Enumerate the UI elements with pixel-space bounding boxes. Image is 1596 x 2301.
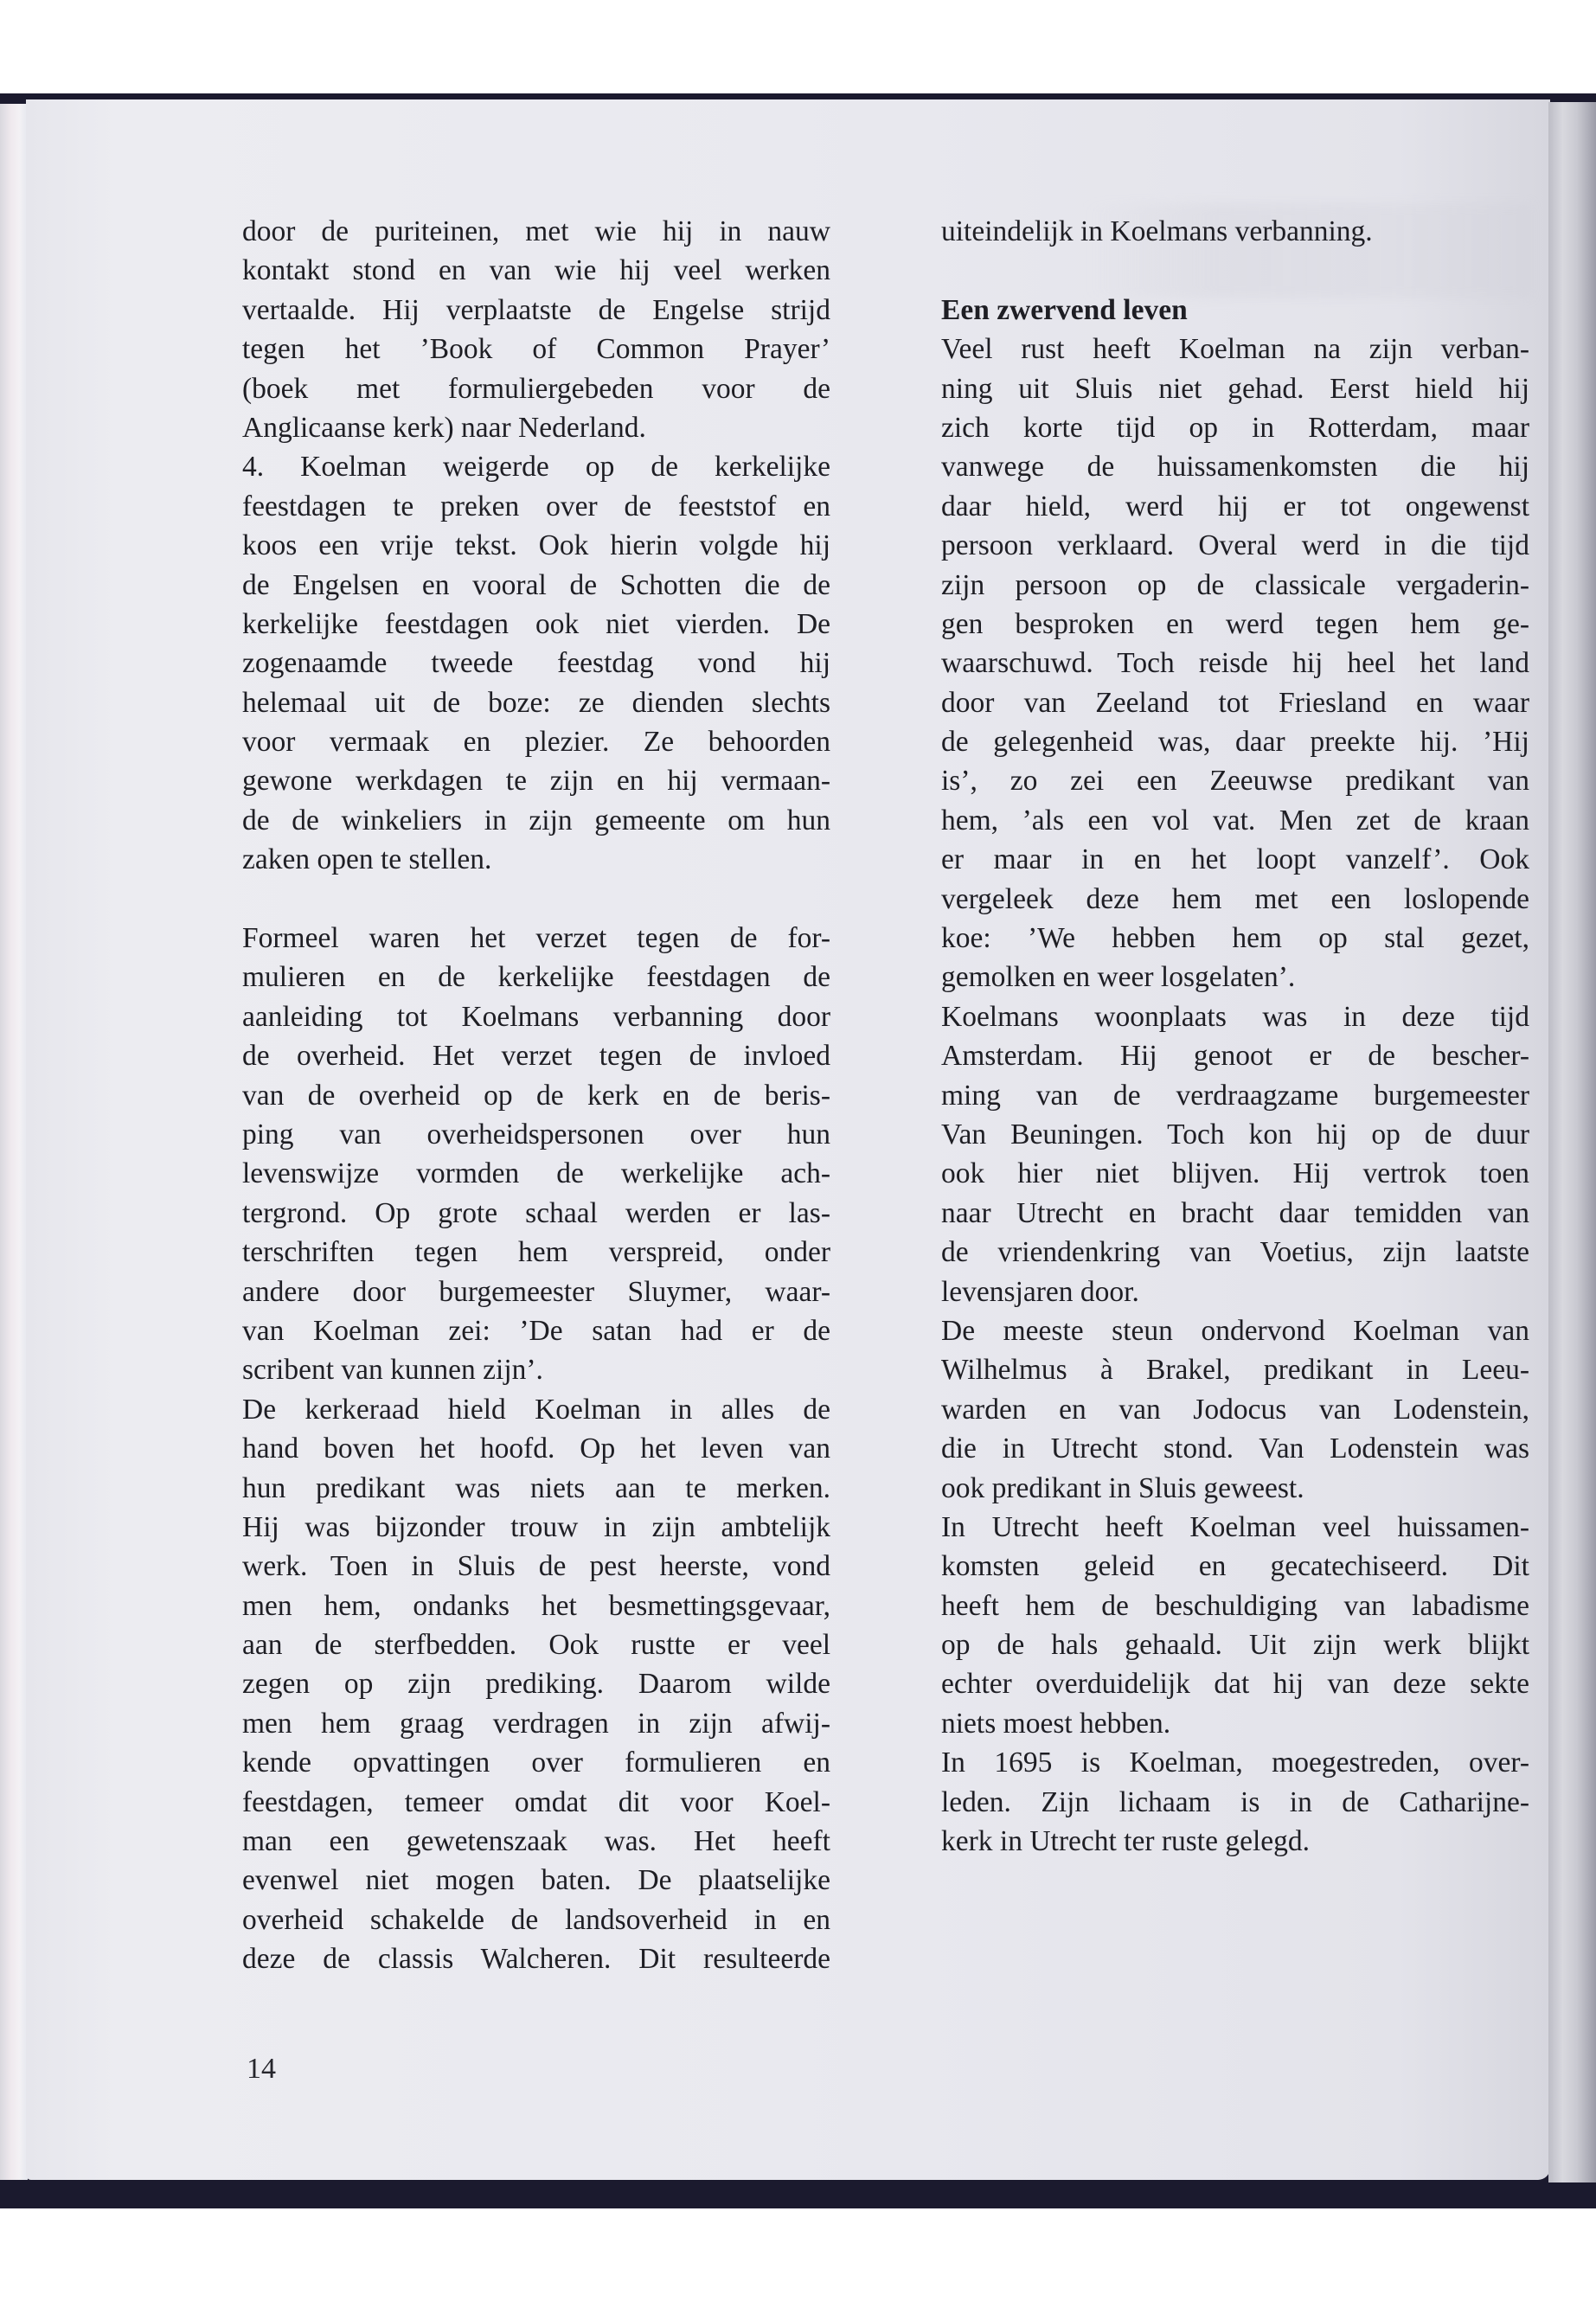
- right-text-column: uiteindelijk in Koelmans verbanning. Een…: [941, 212, 1529, 1861]
- text-line: De kerkeraad hield Koelman in alles de: [242, 1390, 830, 1429]
- text-line: zijn persoon op de classicale vergaderin…: [941, 566, 1529, 605]
- text-line: ming van de verdraagzame burgemeester: [941, 1076, 1529, 1115]
- text-line: er maar in en het loopt vanzelf’. Ook: [941, 840, 1529, 879]
- text-line: vanwege de huissamenkomsten die hij: [941, 447, 1529, 486]
- text-line: ping van overheidspersonen over hun: [242, 1115, 830, 1154]
- text-line: Amsterdam. Hij genoot er de bescher-: [941, 1036, 1529, 1075]
- text-line: voor vermaak en plezier. Ze behoorden: [242, 722, 830, 761]
- text-line: de de winkeliers in zijn gemeente om hun: [242, 801, 830, 840]
- text-line: kontakt stond en van wie hij veel werken: [242, 251, 830, 290]
- text-line: hun predikant was niets aan te merken.: [242, 1469, 830, 1508]
- text-line: hem, ’als een vol vat. Men zet de kraan: [941, 801, 1529, 840]
- text-line: leden. Zijn lichaam is in de Catharijne-: [941, 1783, 1529, 1822]
- text-line: feestdagen te preken over de feeststof e…: [242, 487, 830, 526]
- text-line: terschriften tegen hem verspreid, onder: [242, 1233, 830, 1272]
- paragraph-gap: [242, 880, 830, 919]
- text-line: niets moest hebben.: [941, 1704, 1529, 1743]
- text-line: zaken open te stellen.: [242, 840, 830, 879]
- text-line: van de overheid op de kerk en de beris-: [242, 1076, 830, 1115]
- text-line: De meeste steun ondervond Koelman van: [941, 1311, 1529, 1350]
- text-line: koe: ’We hebben hem op stal gezet,: [941, 919, 1529, 958]
- text-line: vertaalde. Hij verplaatste de Engelse st…: [242, 291, 830, 330]
- text-line: deze de classis Walcheren. Dit resulteer…: [242, 1939, 830, 1978]
- text-line: man een gewetenszaak was. Het heeft: [242, 1822, 830, 1861]
- text-line: naar Utrecht en bracht daar temidden van: [941, 1194, 1529, 1233]
- text-line: hand boven het hoofd. Op het leven van: [242, 1429, 830, 1468]
- right-page-edge: [1548, 102, 1596, 2182]
- text-line: kerk in Utrecht ter ruste gelegd.: [941, 1822, 1529, 1861]
- text-line: levensjaren door.: [941, 1272, 1529, 1311]
- text-line: zegen op zijn prediking. Daarom wilde: [242, 1664, 830, 1703]
- text-line: Koelmans woonplaats was in deze tijd: [941, 997, 1529, 1036]
- text-line: (boek met formuliergebeden voor de: [242, 369, 830, 408]
- section-heading: Een zwervend leven: [941, 291, 1529, 330]
- left-page-edge: [0, 104, 28, 2180]
- text-line: de Engelsen en vooral de Schotten die de: [242, 566, 830, 605]
- paragraph-gap: [941, 251, 1529, 290]
- text-line: zich korte tijd op in Rotterdam, maar: [941, 408, 1529, 447]
- text-line: scribent van kunnen zijn’.: [242, 1350, 830, 1389]
- text-line: Veel rust heeft Koelman na zijn verban-: [941, 330, 1529, 369]
- text-line: heeft hem de beschuldiging van labadisme: [941, 1586, 1529, 1625]
- text-line: kende opvattingen over formulieren en: [242, 1743, 830, 1782]
- text-line: door van Zeeland tot Friesland en waar: [941, 683, 1529, 722]
- text-line: Van Beuningen. Toch kon hij op de duur: [941, 1115, 1529, 1154]
- text-line: levenswijze vormden de werkelijke ach-: [242, 1154, 830, 1193]
- text-line: andere door burgemeester Sluymer, waar-: [242, 1272, 830, 1311]
- text-line: 4. Koelman weigerde op de kerkelijke: [242, 447, 830, 486]
- text-line: is’, zo zei een Zeeuwse predikant van: [941, 761, 1529, 800]
- text-line: mulieren en de kerkelijke feestdagen de: [242, 958, 830, 997]
- text-line: tergrond. Op grote schaal werden er las-: [242, 1194, 830, 1233]
- text-line: de vriendenkring van Voetius, zijn laats…: [941, 1233, 1529, 1272]
- text-line: feestdagen, temeer omdat dit voor Koel-: [242, 1783, 830, 1822]
- text-line: Formeel waren het verzet tegen de for-: [242, 919, 830, 958]
- text-line: evenwel niet mogen baten. De plaatselijk…: [242, 1861, 830, 1900]
- text-line: op de hals gehaald. Uit zijn werk blijkt: [941, 1625, 1529, 1664]
- left-text-column: door de puriteinen, met wie hij in nauwk…: [242, 212, 830, 1979]
- intro-line: uiteindelijk in Koelmans verbanning.: [941, 212, 1529, 251]
- text-line: van Koelman zei: ’De satan had er de: [242, 1311, 830, 1350]
- text-line: gen besproken en werd tegen hem ge-: [941, 605, 1529, 644]
- text-line: aanleiding tot Koelmans verbanning door: [242, 997, 830, 1036]
- text-line: daar hield, werd hij er tot ongewenst: [941, 487, 1529, 526]
- text-line: echter overduidelijk dat hij van deze se…: [941, 1664, 1529, 1703]
- text-line: Hij was bijzonder trouw in zijn ambtelij…: [242, 1508, 830, 1547]
- text-line: die in Utrecht stond. Van Lodenstein was: [941, 1429, 1529, 1468]
- text-line: werk. Toen in Sluis de pest heerste, von…: [242, 1547, 830, 1586]
- text-line: helemaal uit de boze: ze dienden slechts: [242, 683, 830, 722]
- text-line: gewone werkdagen te zijn en hij vermaan-: [242, 761, 830, 800]
- text-line: men hem graag verdragen in zijn afwij-: [242, 1704, 830, 1743]
- text-line: gemolken en weer losgelaten’.: [941, 958, 1529, 997]
- text-line: de gelegenheid was, daar preekte hij. ’H…: [941, 722, 1529, 761]
- text-line: vergeleek deze hem met een loslopende: [941, 880, 1529, 919]
- text-line: overheid schakelde de landsoverheid in e…: [242, 1900, 830, 1939]
- text-line: zogenaamde tweede feestdag vond hij: [242, 644, 830, 683]
- text-line: aan de sterfbedden. Ook rustte er veel: [242, 1625, 830, 1664]
- text-line: ning uit Sluis niet gehad. Eerst hield h…: [941, 369, 1529, 408]
- text-line: Wilhelmus à Brakel, predikant in Leeu-: [941, 1350, 1529, 1389]
- text-line: kerkelijke feestdagen ook niet vierden. …: [242, 605, 830, 644]
- text-line: persoon verklaard. Overal werd in die ti…: [941, 526, 1529, 565]
- text-line: ook hier niet blijven. Hij vertrok toen: [941, 1154, 1529, 1193]
- text-line: warden en van Jodocus van Lodenstein,: [941, 1390, 1529, 1429]
- page-number: 14: [247, 2053, 276, 2086]
- right-body-lines: Veel rust heeft Koelman na zijn verban-n…: [941, 330, 1529, 1861]
- text-line: tegen het ’Book of Common Prayer’: [242, 330, 830, 369]
- text-line: In 1695 is Koelman, moegestreden, over-: [941, 1743, 1529, 1782]
- text-line: Anglicaanse kerk) naar Nederland.: [242, 408, 830, 447]
- text-line: men hem, ondanks het besmettingsgevaar,: [242, 1586, 830, 1625]
- text-line: In Utrecht heeft Koelman veel huissamen-: [941, 1508, 1529, 1547]
- text-line: de overheid. Het verzet tegen de invloed: [242, 1036, 830, 1075]
- text-line: door de puriteinen, met wie hij in nauw: [242, 212, 830, 251]
- text-line: komsten geleid en gecatechiseerd. Dit: [941, 1547, 1529, 1586]
- text-line: koos een vrije tekst. Ook hierin volgde …: [242, 526, 830, 565]
- text-line: waarschuwd. Toch reisde hij heel het lan…: [941, 644, 1529, 683]
- text-line: ook predikant in Sluis geweest.: [941, 1469, 1529, 1508]
